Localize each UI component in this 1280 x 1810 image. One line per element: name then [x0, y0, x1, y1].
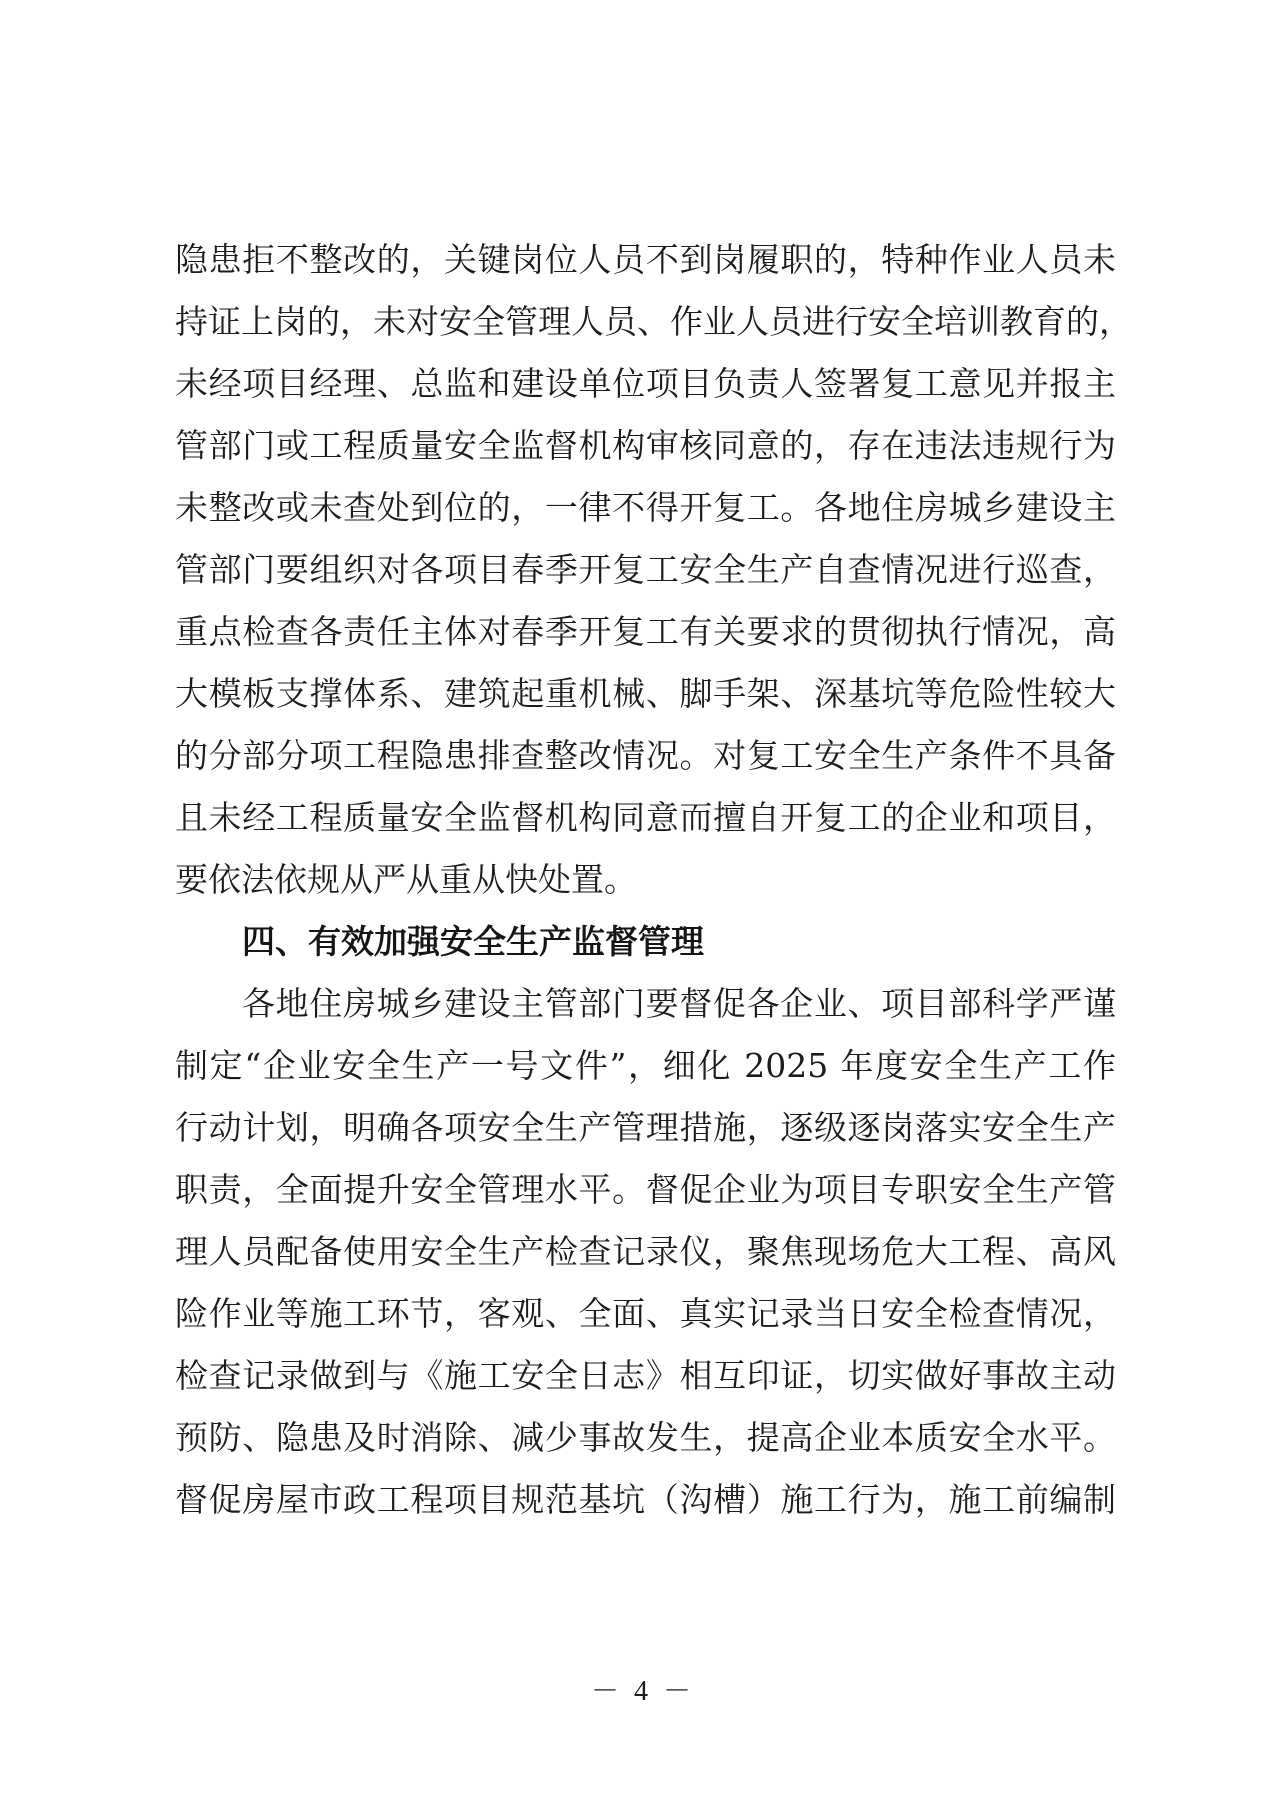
document-page: 隐患拒不整改的，关键岗位人员不到岗履职的，特种作业人员未 持证上岗的，未对安全管… [0, 0, 1280, 1810]
text-line: 预防、隐患及时消除、减少事故发生，提高企业本质安全水平。 [175, 1407, 1116, 1469]
text-line: 且未经工程质量安全监督机构同意而擅自开复工的企业和项目， [175, 787, 1116, 849]
text-line: 管部门要组织对各项目春季开复工安全生产自查情况进行巡查， [175, 539, 1116, 601]
document-body: 隐患拒不整改的，关键岗位人员不到岗履职的，特种作业人员未 持证上岗的，未对安全管… [175, 229, 1116, 1531]
text-line: 的分部分项工程隐患排查整改情况。对复工安全生产条件不具备 [175, 725, 1116, 787]
text-line: 重点检查各责任主体对春季开复工有关要求的贯彻执行情况，高 [175, 601, 1116, 663]
text-line: 行动计划，明确各项安全生产管理措施，逐级逐岗落实安全生产 [175, 1097, 1116, 1159]
text-line: 管部门或工程质量安全监督机构审核同意的，存在违法违规行为 [175, 415, 1116, 477]
paragraph-continuation: 隐患拒不整改的，关键岗位人员不到岗履职的，特种作业人员未 持证上岗的，未对安全管… [175, 229, 1116, 911]
page-number: － 4 － [0, 1672, 1280, 1712]
text-line: 检查记录做到与《施工安全日志》相互印证，切实做好事故主动 [175, 1345, 1116, 1407]
text-line: 理人员配备使用安全生产检查记录仪，聚焦现场危大工程、高风 [175, 1221, 1116, 1283]
text-line: 持证上岗的，未对安全管理人员、作业人员进行安全培训教育的， [175, 291, 1116, 353]
text-line: 未经项目经理、总监和建设单位项目负责人签署复工意见并报主 [175, 353, 1116, 415]
text-line: 隐患拒不整改的，关键岗位人员不到岗履职的，特种作业人员未 [175, 229, 1116, 291]
text-line: 要依法依规从严从重从快处置。 [175, 849, 1116, 911]
section-heading: 四、有效加强安全生产监督管理 [175, 911, 1116, 973]
text-line: 督促房屋市政工程项目规范基坑（沟槽）施工行为，施工前编制 [175, 1469, 1116, 1531]
text-line: 职责，全面提升安全管理水平。督促企业为项目专职安全生产管 [175, 1159, 1116, 1221]
text-line: 各地住房城乡建设主管部门要督促各企业、项目部科学严谨 [175, 973, 1116, 1035]
paragraph-supervision: 各地住房城乡建设主管部门要督促各企业、项目部科学严谨 制定“企业安全生产一号文件… [175, 973, 1116, 1531]
text-line: 险作业等施工环节，客观、全面、真实记录当日安全检查情况， [175, 1283, 1116, 1345]
text-line: 未整改或未查处到位的，一律不得开复工。各地住房城乡建设主 [175, 477, 1116, 539]
text-line: 制定“企业安全生产一号文件”，细化 2025 年度安全生产工作 [175, 1035, 1116, 1097]
text-line: 大模板支撑体系、建筑起重机械、脚手架、深基坑等危险性较大 [175, 663, 1116, 725]
